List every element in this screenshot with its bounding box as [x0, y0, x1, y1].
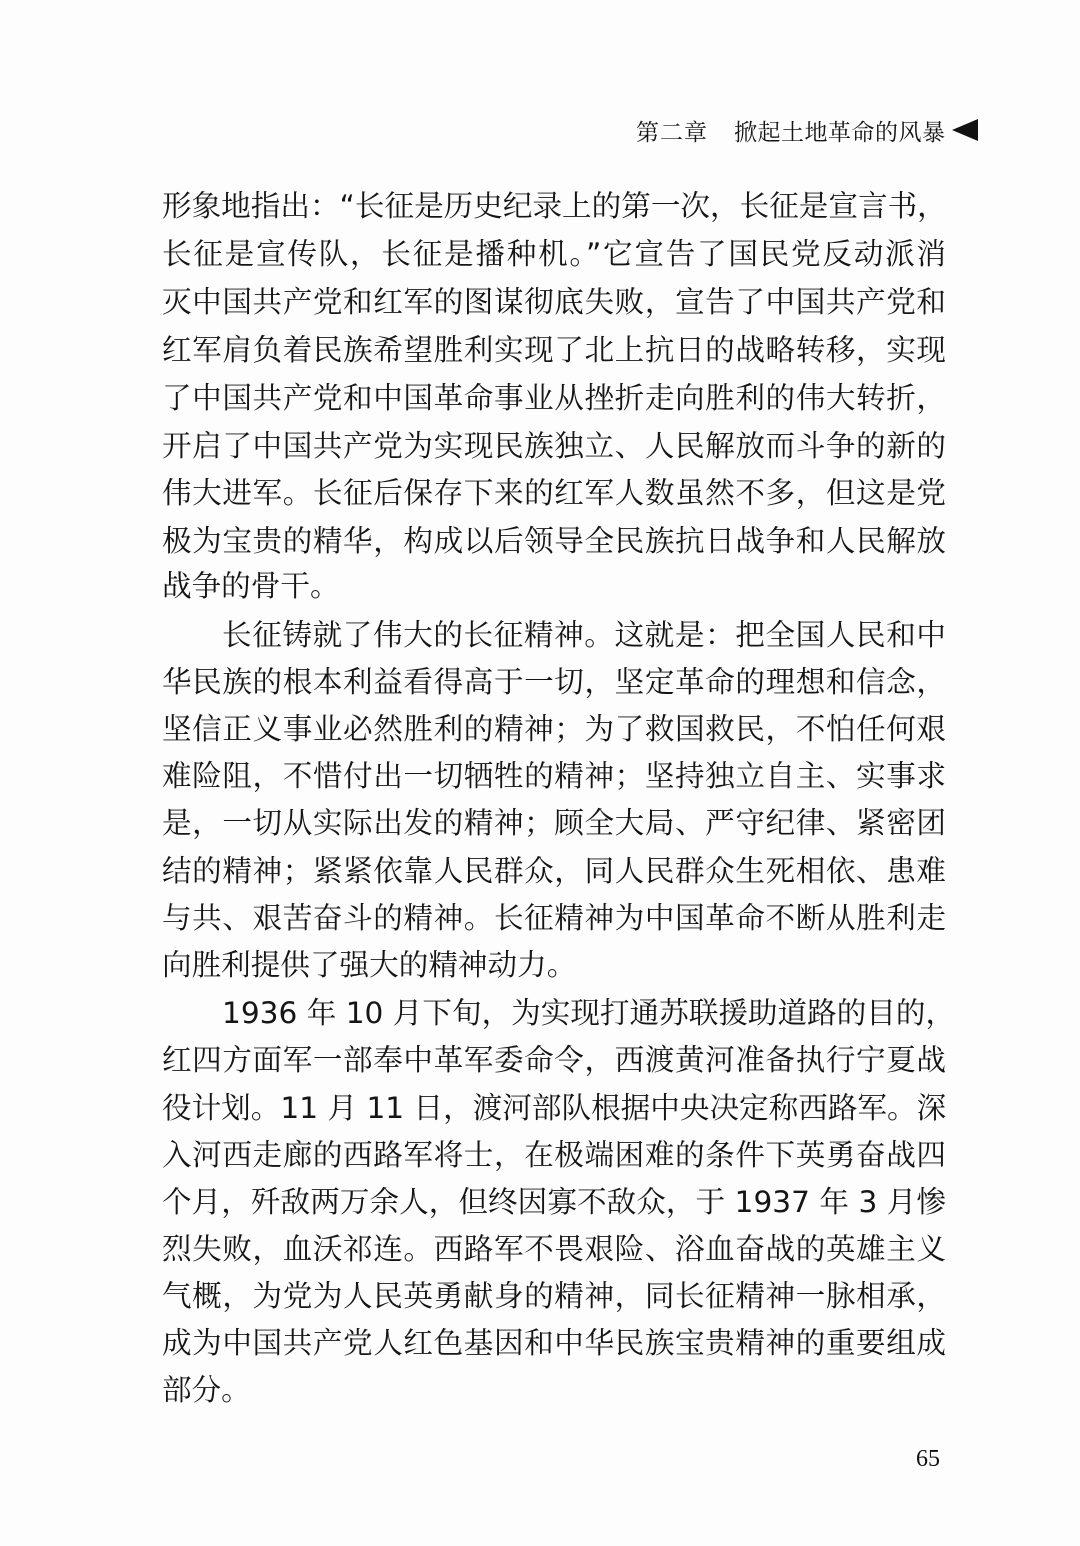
- text-line: 个月，歼敌两万余人，但终因寡不敌众，于 1937 年 3 月惨: [162, 1182, 946, 1222]
- text-line: 成为中国共产党人红色基因和中华民族宝贵精神的重要组成: [162, 1323, 946, 1363]
- text-line: 役计划。11 月 11 日，渡河部队根据中央决定称西路军。深: [162, 1088, 946, 1128]
- text-line: 战争的骨干。: [162, 566, 946, 606]
- text-line: 坚信正义事业必然胜利的精神；为了救国救民，不怕任何艰: [162, 709, 946, 749]
- text-line: 形象地指出：“长征是历史纪录上的第一次，长征是宣言书，: [162, 186, 946, 226]
- book-page: 第二章 掀起土地革命的风暴 形象地指出：“长征是历史纪录上的第一次，长征是宣言书…: [0, 0, 1080, 1546]
- text-line: 烈失败，血沃祁连。西路军不畏艰险、浴血奋战的英雄主义: [162, 1229, 946, 1269]
- text-line: 华民族的根本利益看得高于一切，坚定革命的理想和信念，: [162, 662, 946, 702]
- text-line: 部分。: [162, 1370, 946, 1410]
- chapter-title: 掀起土地革命的风暴: [734, 114, 946, 147]
- left-triangle-icon: [952, 119, 978, 141]
- page-number: 65: [916, 1446, 940, 1473]
- text-line: 伟大进军。长征后保存下来的红军人数虽然不多，但这是党: [162, 473, 946, 513]
- text-line: 灭中国共产党和红军的图谋彻底失败，宣告了中国共产党和: [162, 282, 946, 322]
- text-line: 难险阻，不惜付出一切牺牲的精神；坚持独立自主、实事求: [162, 756, 946, 796]
- text-line: 开启了中国共产党为实现民族独立、人民解放而斗争的新的: [162, 426, 946, 466]
- text-line: 长征铸就了伟大的长征精神。这就是：把全国人民和中: [222, 615, 946, 655]
- text-line: 与共、艰苦奋斗的精神。长征精神为中国革命不断从胜利走: [162, 898, 946, 938]
- text-line: 1936 年 10 月下旬，为实现打通苏联援助道路的目的，: [222, 993, 946, 1033]
- text-line: 入河西走廊的西路军将士，在极端困难的条件下英勇奋战四: [162, 1135, 946, 1175]
- text-line: 红军肩负着民族希望胜利实现了北上抗日的战略转移，实现: [162, 330, 946, 370]
- text-line: 红四方面军一部奉中革军委命令，西渡黄河准备执行宁夏战: [162, 1040, 946, 1080]
- text-line: 极为宝贵的精华，构成以后领导全民族抗日战争和人民解放: [162, 521, 946, 561]
- running-head: 第二章 掀起土地革命的风暴: [636, 114, 978, 146]
- text-line: 了中国共产党和中国革命事业从挫折走向胜利的伟大转折，: [162, 378, 946, 418]
- text-line: 长征是宣传队，长征是播种机。”它宣告了国民党反动派消: [162, 234, 946, 274]
- chapter-number: 第二章: [636, 114, 708, 147]
- text-line: 结的精神；紧紧依靠人民群众，同人民群众生死相依、患难: [162, 851, 946, 891]
- text-line: 是，一切从实际出发的精神；顾全大局、严守纪律、紧密团: [162, 803, 946, 843]
- text-line: 气概，为党为人民英勇献身的精神，同长征精神一脉相承，: [162, 1276, 946, 1316]
- text-line: 向胜利提供了强大的精神动力。: [162, 945, 946, 985]
